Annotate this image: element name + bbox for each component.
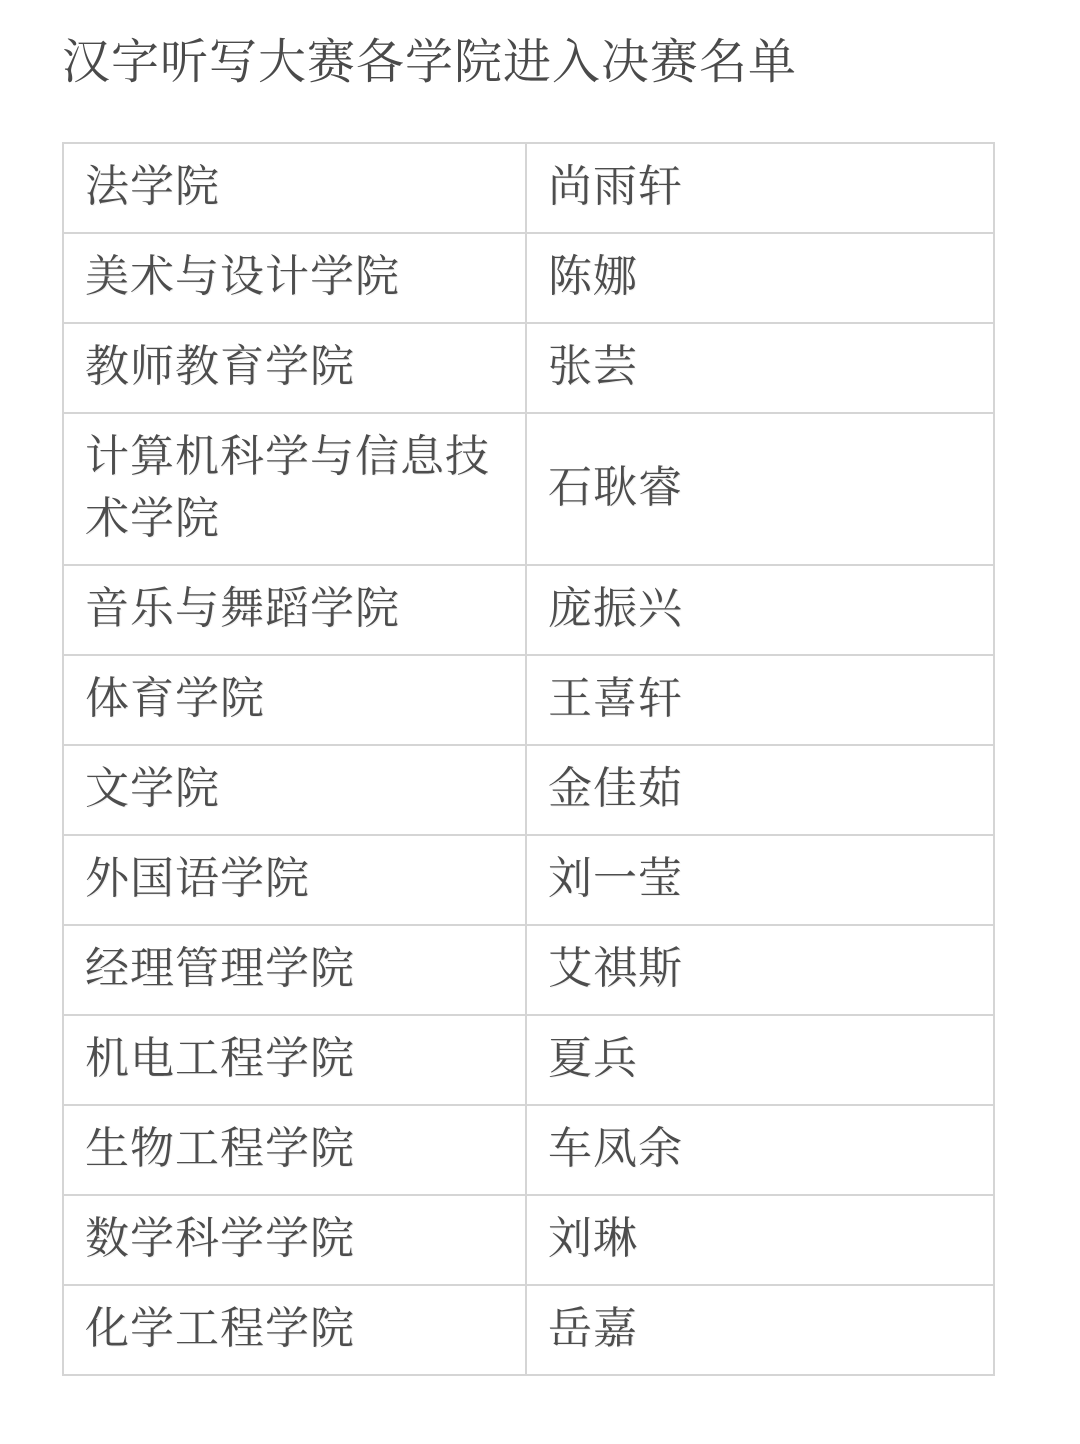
college-cell: 经理管理学院 [63,925,526,1015]
college-cell: 机电工程学院 [63,1015,526,1105]
college-cell: 计算机科学与信息技术学院 [63,413,526,565]
college-cell: 法学院 [63,143,526,233]
table-row: 经理管理学院 艾祺斯 [63,925,994,1015]
college-cell: 美术与设计学院 [63,233,526,323]
table-row: 化学工程学院 岳嘉 [63,1285,994,1375]
table-row: 外国语学院 刘一莹 [63,835,994,925]
table-row: 文学院 金佳茹 [63,745,994,835]
name-cell: 艾祺斯 [526,925,994,1015]
page: 汉字听写大赛各学院进入决赛名单 法学院 尚雨轩 美术与设计学院 陈娜 教师教育学… [0,0,1080,1444]
name-cell: 陈娜 [526,233,994,323]
college-cell: 化学工程学院 [63,1285,526,1375]
finalists-table: 法学院 尚雨轩 美术与设计学院 陈娜 教师教育学院 张芸 计算机科学与信息技术学… [62,142,995,1376]
name-cell: 刘一莹 [526,835,994,925]
table-row: 法学院 尚雨轩 [63,143,994,233]
college-cell: 外国语学院 [63,835,526,925]
college-cell: 教师教育学院 [63,323,526,413]
name-cell: 庞振兴 [526,565,994,655]
table-row: 教师教育学院 张芸 [63,323,994,413]
page-title: 汉字听写大赛各学院进入决赛名单 [62,30,1080,96]
table-row: 音乐与舞蹈学院 庞振兴 [63,565,994,655]
college-cell: 数学科学学院 [63,1195,526,1285]
name-cell: 尚雨轩 [526,143,994,233]
name-cell: 王喜轩 [526,655,994,745]
table-row: 体育学院 王喜轩 [63,655,994,745]
table-row: 美术与设计学院 陈娜 [63,233,994,323]
table-row: 机电工程学院 夏兵 [63,1015,994,1105]
college-cell: 音乐与舞蹈学院 [63,565,526,655]
college-cell: 生物工程学院 [63,1105,526,1195]
name-cell: 刘琳 [526,1195,994,1285]
name-cell: 岳嘉 [526,1285,994,1375]
name-cell: 张芸 [526,323,994,413]
table-row: 数学科学学院 刘琳 [63,1195,994,1285]
college-cell: 文学院 [63,745,526,835]
table-row: 生物工程学院 车凤余 [63,1105,994,1195]
college-cell: 体育学院 [63,655,526,745]
name-cell: 夏兵 [526,1015,994,1105]
table-row: 计算机科学与信息技术学院 石耿睿 [63,413,994,565]
name-cell: 金佳茹 [526,745,994,835]
name-cell: 石耿睿 [526,413,994,565]
name-cell: 车凤余 [526,1105,994,1195]
